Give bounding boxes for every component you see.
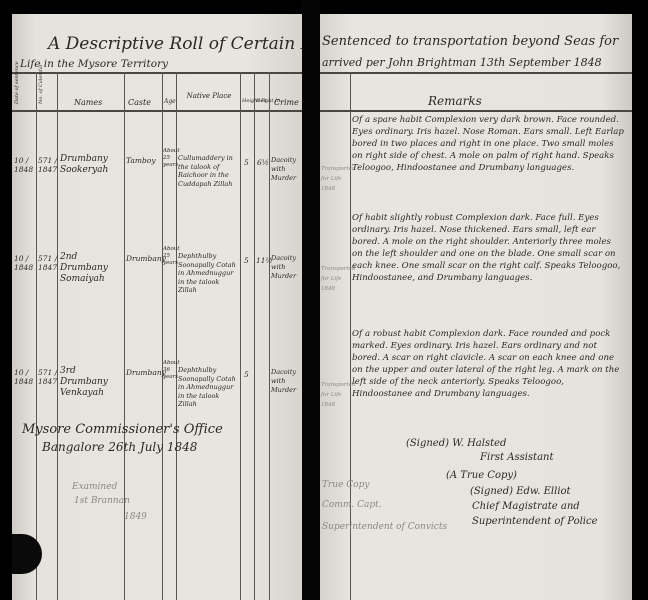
remarks-divider [350,72,351,600]
row3-caste: Drumbany [126,368,162,377]
signature-1: (Signed) W. Halsted [406,438,506,449]
header-bottom-rule [320,110,632,112]
row3-name: 3rd Drumbany Venkayah [60,366,122,399]
row1-age: About 25 years [163,148,176,169]
faint-comm-capt: Comm. Capt. [322,500,382,510]
right-page: Sentenced to transportation beyond Seas … [320,14,632,600]
true-copy-label: (A True Copy) [446,470,517,481]
column-divider [57,72,58,600]
row1-remarks: Of a spare habit Complexion very dark br… [352,114,624,174]
row1-height-ft: 5 [244,158,249,167]
header-crime: Crime [274,98,299,107]
document-title-left: A Descriptive Roll of Certain Pri [48,34,302,54]
header-date: Date of sentence [14,61,20,104]
row1-crime: Dacoity with Murder [271,156,302,183]
row2-date: 10 / 1848 [14,254,34,272]
document-subtitle-right: arrived per John Brightman 13th Septembe… [322,56,602,69]
header-number: No. of Calendar [38,64,44,104]
row1-number: 571 / 1847 [38,156,58,174]
row3-native-place: Dephthulby Soonapally Cotah in Ahmednugg… [178,366,240,409]
header-remarks: Remarks [428,94,482,108]
office-line-2: Bangalore 26th July 1848 [42,440,197,454]
signature-2-title-1: Chief Magistrate and [472,501,580,512]
row3-number: 571 / 1847 [38,368,58,386]
document-title-right: Sentenced to transportation beyond Seas … [322,34,618,49]
faint-note-1: Examined [72,482,117,492]
row2-number: 571 / 1847 [38,254,58,272]
column-divider [254,72,255,600]
header-top-rule [320,72,632,74]
row1-name: Drumbany Sookeryah [60,154,122,176]
row2-remarks: Of habit slightly robust Complexion dark… [352,212,624,284]
faint-note-2: 1st Brannan [74,496,130,506]
header-age: Age [164,98,176,105]
book-gutter [302,0,320,600]
row2-age: About 25 years [163,246,176,267]
row1-date: 10 / 1848 [14,156,34,174]
row2-caste: Drumbany [126,254,162,263]
signature-1-title: First Assistant [480,452,554,463]
office-line-1: Mysore Commissioner's Office [22,422,223,437]
row2-name: 2nd Drumbany Somaiyah [60,252,122,285]
column-divider [269,72,270,600]
header-bottom-rule [12,110,302,112]
signature-2-title-2: Superintendent of Police [472,516,598,527]
row2-sentence-note: Transported for Life 1848 [321,264,350,294]
column-divider [240,72,241,600]
column-divider [36,72,37,600]
row3-height-ft: 5 [244,370,249,379]
row3-sentence-note: Transported for Life 1848 [321,380,350,410]
row1-height-in: 6½ [257,158,269,167]
faint-true-copy: True Copy [322,480,369,490]
row3-remarks: Of a robust habit Complexion dark. Face … [352,328,624,400]
row3-date: 10 / 1848 [14,368,34,386]
row2-native-place: Dephthulby Soonapally Cotah in Ahmednugg… [178,252,240,295]
header-native-place: Native Place [182,92,236,100]
header-top-rule [12,72,302,74]
row3-crime: Dacoity with Murder [271,368,302,395]
faint-superintendent: Superintendent of Convicts [322,522,447,532]
row1-caste: Tamboy [126,156,162,165]
row1-sentence-note: Transported for Life 1848 [321,164,350,194]
header-caste: Caste [128,98,151,107]
signature-2: (Signed) Edw. Elliot [470,486,571,497]
row3-age: About 36 years [163,360,176,381]
left-page: A Descriptive Roll of Certain Pri Life i… [12,14,302,600]
header-names: Names [74,98,102,107]
row2-height-ft: 5 [244,256,249,265]
faint-note-3: 1849 [124,512,147,522]
row1-native-place: Cullumaddery in the talook of Raichoor i… [178,154,240,188]
page-blot [12,534,42,574]
row2-crime: Dacoity with Murder [271,254,302,281]
